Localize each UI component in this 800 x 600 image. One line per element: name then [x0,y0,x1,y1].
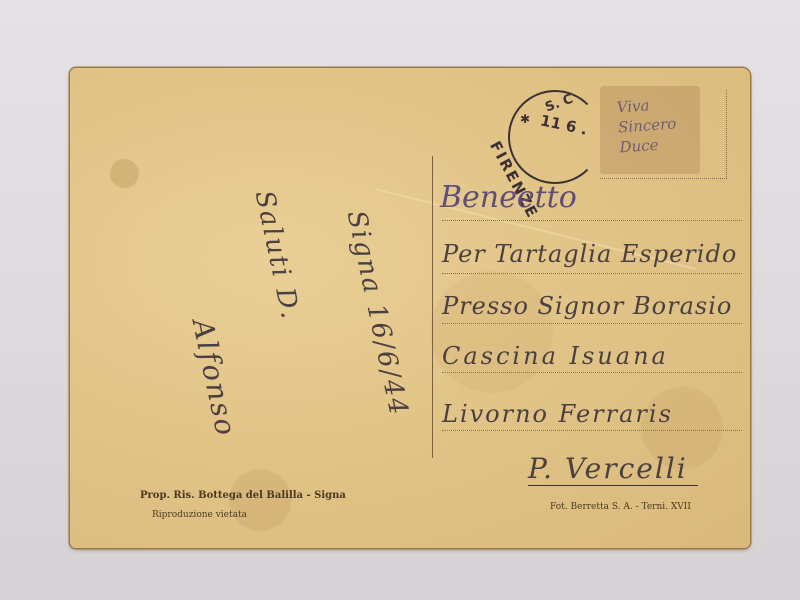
address-name: Beneetto [440,180,577,215]
address-rule [442,220,742,221]
postmark-star-icon: ✱ [520,112,530,126]
photo-credit: Fot. Berretta S. A. - Terni. XVII [550,502,691,512]
address-rule [442,323,742,324]
publisher-credit: Prop. Ris. Bottega del Balilla - Signa [140,490,346,501]
address-rule [442,430,742,431]
address-line-town: Livorno Ferraris [442,400,673,428]
stamp-handwriting: Viva Sincero Duce [616,91,720,158]
message-place-date: Signa 16/6/44 [341,208,414,419]
message-signature: Alfonso [186,316,243,440]
message-greeting: Saluti D. [249,188,306,323]
address-line-province: P. Vercelli [528,452,698,486]
address-line-farm: Cascina Isuana [442,342,669,370]
address-line-care-of: Presso Signor Borasio [442,292,732,320]
address-rule [442,273,742,274]
address-divider-line [432,156,433,458]
postcard: Viva Sincero Duce S. C ✱ 11 6 . FIRENZE … [70,68,750,548]
address-line-recipient: Per Tartaglia Esperido [442,240,737,268]
reproduction-notice: Riproduzione vietata [152,510,247,520]
address-rule [442,372,742,373]
